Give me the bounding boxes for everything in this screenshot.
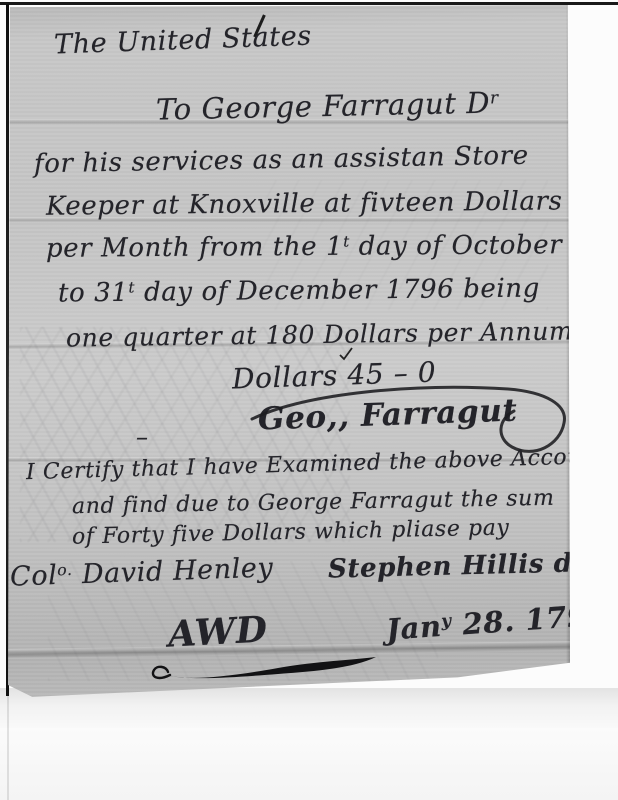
addressee-text: Col: [10, 560, 58, 593]
hillis-signature: Stephen Hillis dpm: [328, 547, 618, 584]
date-line: Jany 28. 1797: [385, 597, 609, 646]
scan-edge-left-line-faint: [7, 696, 9, 800]
fold-crease: [8, 641, 570, 659]
period-line: to 31t day of December 1796 being: [58, 273, 540, 308]
period-text: day of October: [350, 230, 563, 261]
debit-text: To George Farragut D: [156, 86, 491, 127]
addressee-text: David Henley: [72, 552, 274, 590]
initials-signature: AWD: [167, 608, 269, 655]
body-line: for his services as an assistan Store: [34, 141, 529, 180]
addressee-line: Colo. David Henley: [10, 552, 274, 592]
debit-line: To George Farragut Dr: [156, 85, 499, 126]
certification-line: and find due to George Farragut the sum: [72, 486, 555, 519]
scanner-background: [0, 728, 618, 800]
certification-line: of Forty five Dollars which pliase pay: [72, 515, 510, 549]
date-text: Jan: [385, 609, 443, 647]
period-line: per Month from the 1t day of October: [46, 230, 562, 264]
period-text: per Month from the 1: [46, 232, 343, 264]
scanned-document: The United States To George Farragut Dr …: [0, 0, 618, 800]
body-line: Keeper at Knoxville at fivteen Dollars: [46, 186, 563, 221]
amount-line: Dollars 45 – 0: [231, 355, 436, 395]
debit-superscript: r: [490, 87, 499, 107]
certification-line: I Certify that I have Examined the above…: [26, 444, 607, 485]
period-text: day of December 1796 being: [135, 273, 540, 307]
heading-line: The United States: [54, 21, 313, 61]
rate-line: one quarter at 180 Dollars per Annum: [66, 316, 574, 352]
addressee-superscript: o.: [57, 560, 73, 580]
farragut-signature: Geo,, Farragut: [257, 392, 517, 437]
stray-dash: –: [136, 423, 149, 451]
scan-edge-top-line: [0, 2, 618, 5]
date-text: 28. 1797: [451, 597, 610, 642]
letter-paper: The United States To George Farragut Dr …: [8, 5, 570, 701]
period-text: to 31: [58, 278, 129, 309]
